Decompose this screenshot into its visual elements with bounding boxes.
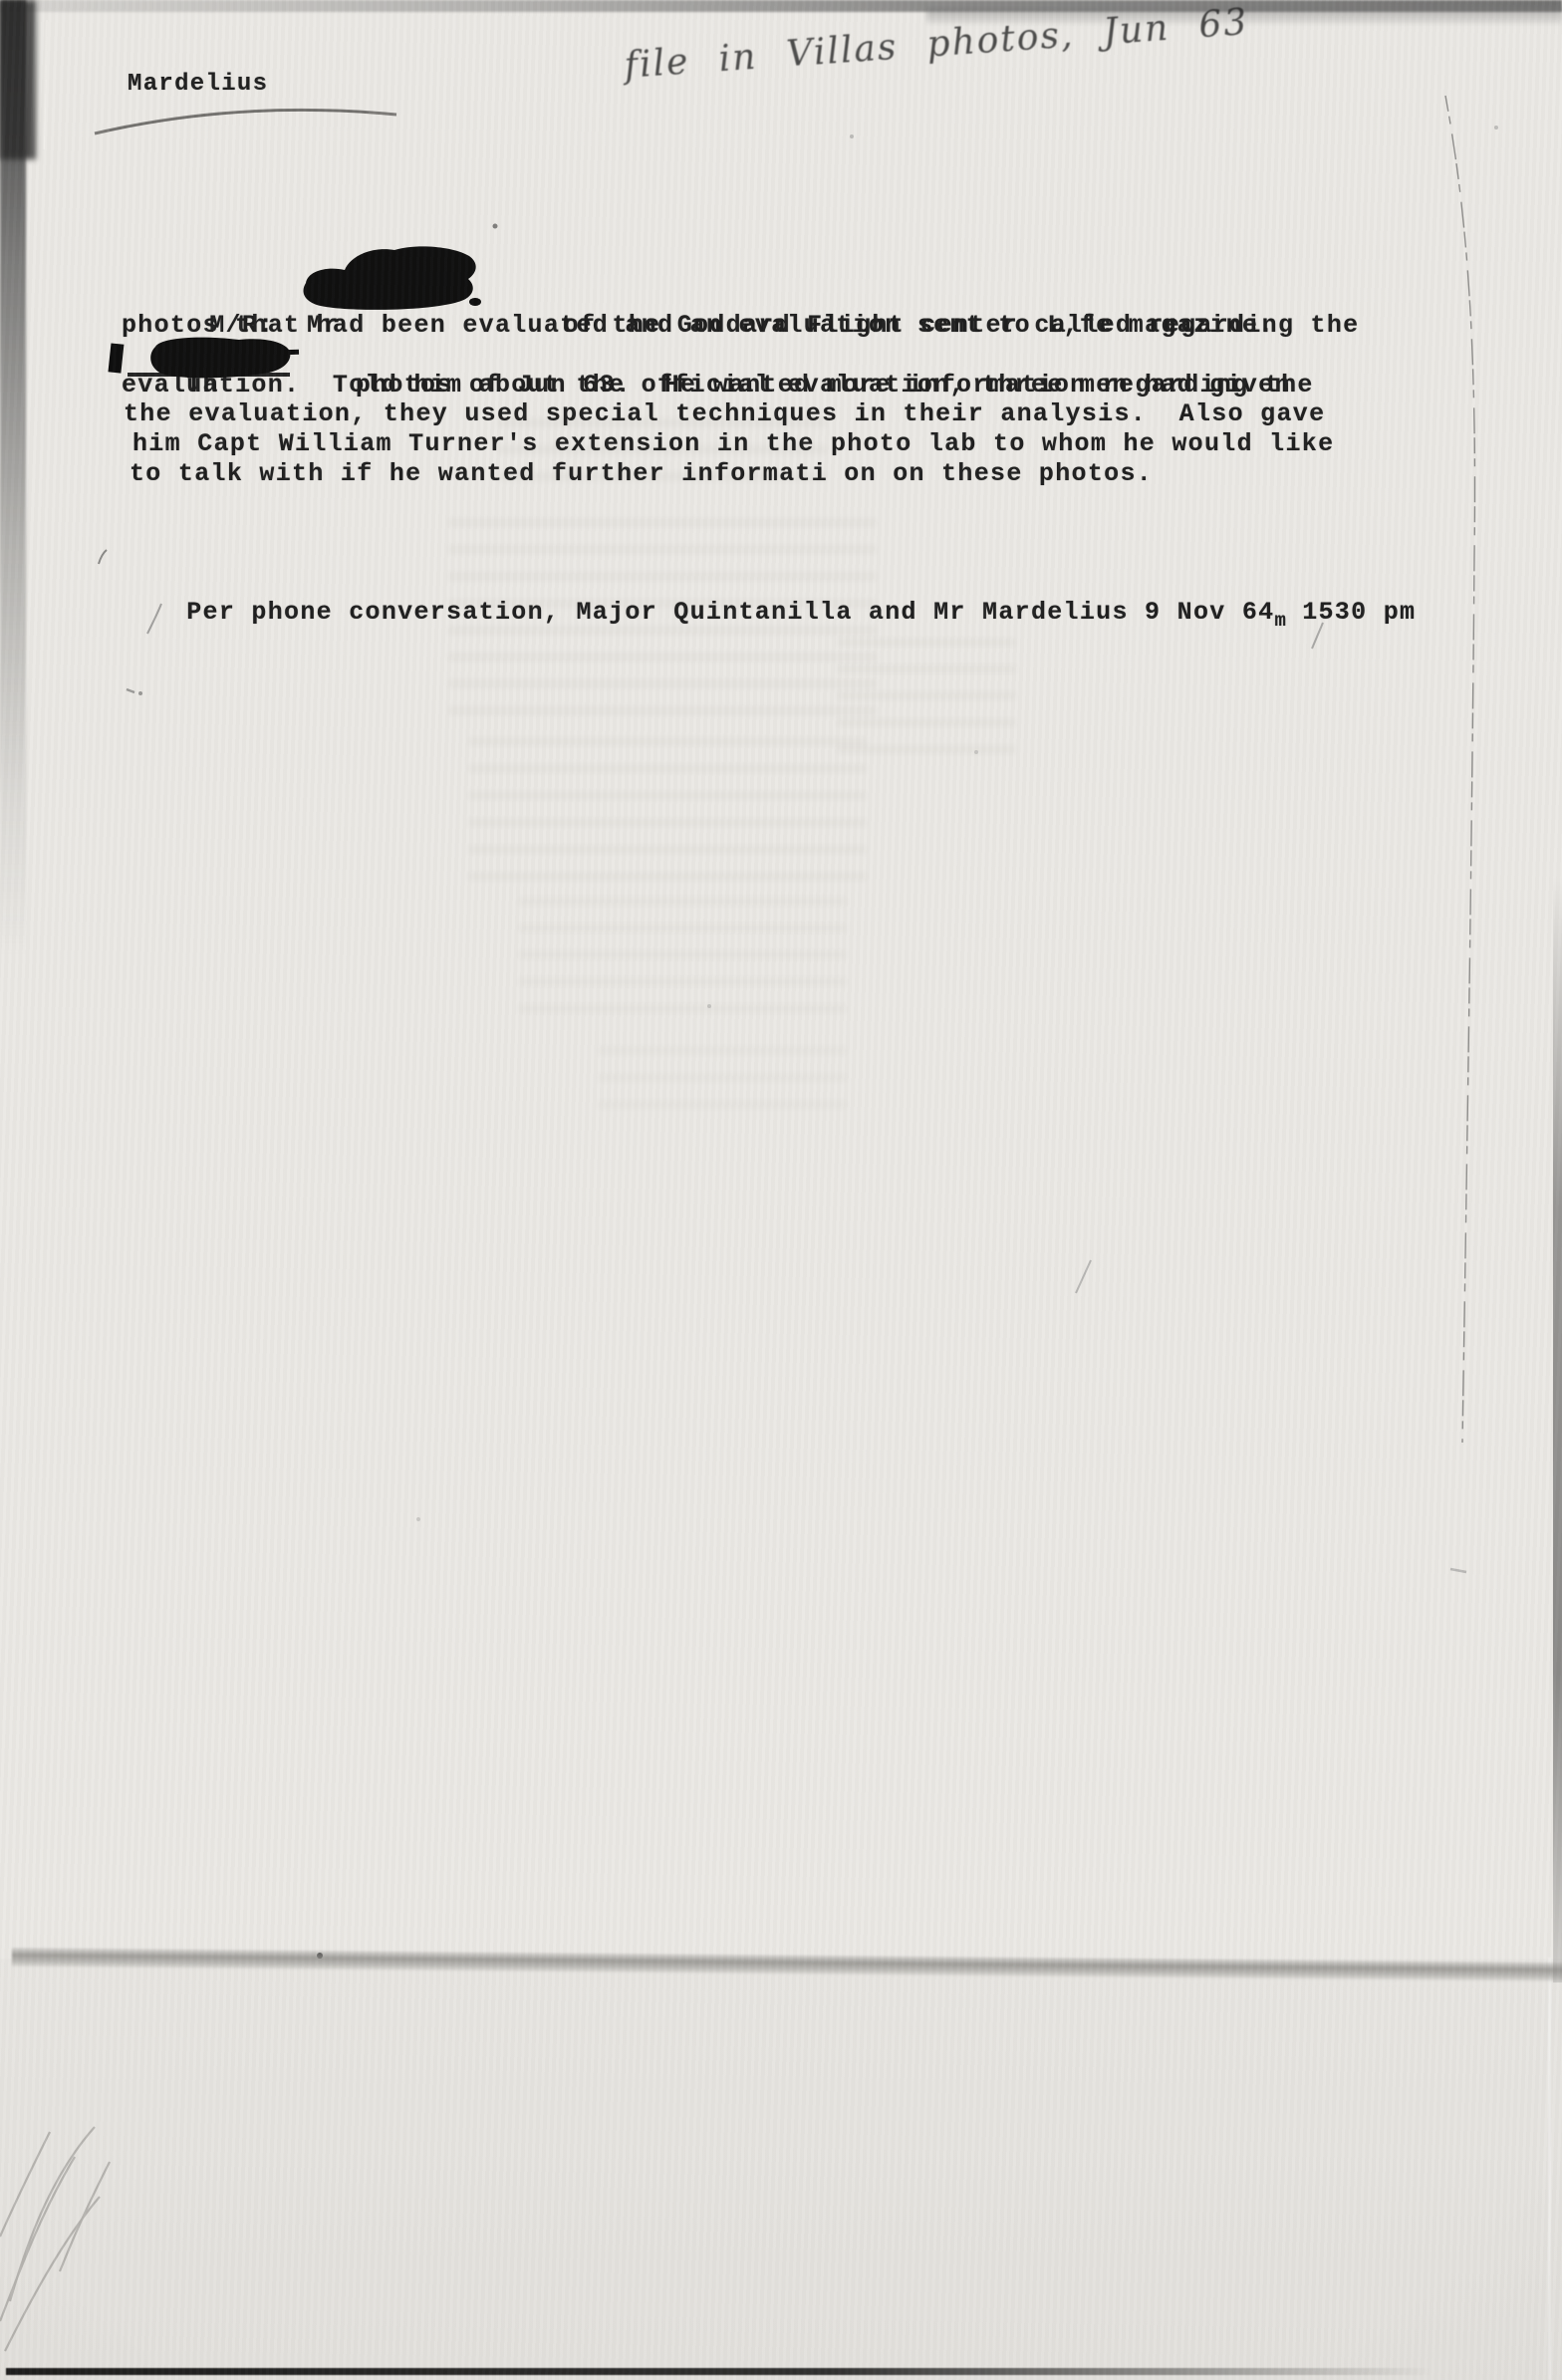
speck (416, 1517, 420, 1521)
bleedthrough-ghost (468, 737, 867, 887)
scan-right-edge-shadow (1553, 877, 1562, 1983)
pencil-dash (127, 689, 134, 692)
crease-highlight (44, 20, 47, 149)
pencil-dot (138, 691, 142, 695)
speck (707, 1004, 711, 1008)
typo-overstrike-mark: m (1274, 610, 1285, 632)
pencil-dash (1450, 1569, 1466, 1572)
paper-crease-line (1445, 96, 1474, 1443)
pencil-underline (95, 110, 396, 133)
bleedthrough-ghost (518, 897, 847, 1016)
signoff-text: Per phone conversation, Major Quintanill… (186, 598, 1274, 627)
memo-line-4: evaluation. Told him about the official … (122, 371, 1291, 400)
pencil-tick (99, 550, 107, 564)
signoff-tail: 1530 pm (1286, 598, 1416, 627)
reference-name: Mardelius (128, 70, 268, 100)
scanned-memo-page: Mardelius file in Villas photos, Jun 63 … (0, 0, 1562, 2380)
speck (1494, 126, 1498, 130)
speck (974, 750, 978, 754)
scan-top-left-corner-shadow (0, 0, 36, 159)
paper-right-edge-highlight (1548, 1958, 1551, 2380)
speck (850, 134, 854, 138)
memo-line-7: to talk with if he wanted further inform… (130, 459, 1153, 489)
pencil-underline-echo (110, 111, 369, 131)
memo-line-2: photos that had been evaluated and an ev… (122, 311, 1274, 341)
backing-sheet (0, 1959, 1562, 2380)
signoff-line: Per phone conversation, Major Quintanill… (122, 568, 1416, 665)
pencil-slash (1076, 1260, 1091, 1293)
memo-line-5: the evaluation, they used special techni… (124, 399, 1325, 429)
speck (493, 224, 498, 229)
memo-line-6: him Capt William Turner's extension in t… (132, 429, 1334, 459)
bleedthrough-ghost (598, 1046, 847, 1126)
scan-bottom-edge (6, 2368, 1431, 2375)
